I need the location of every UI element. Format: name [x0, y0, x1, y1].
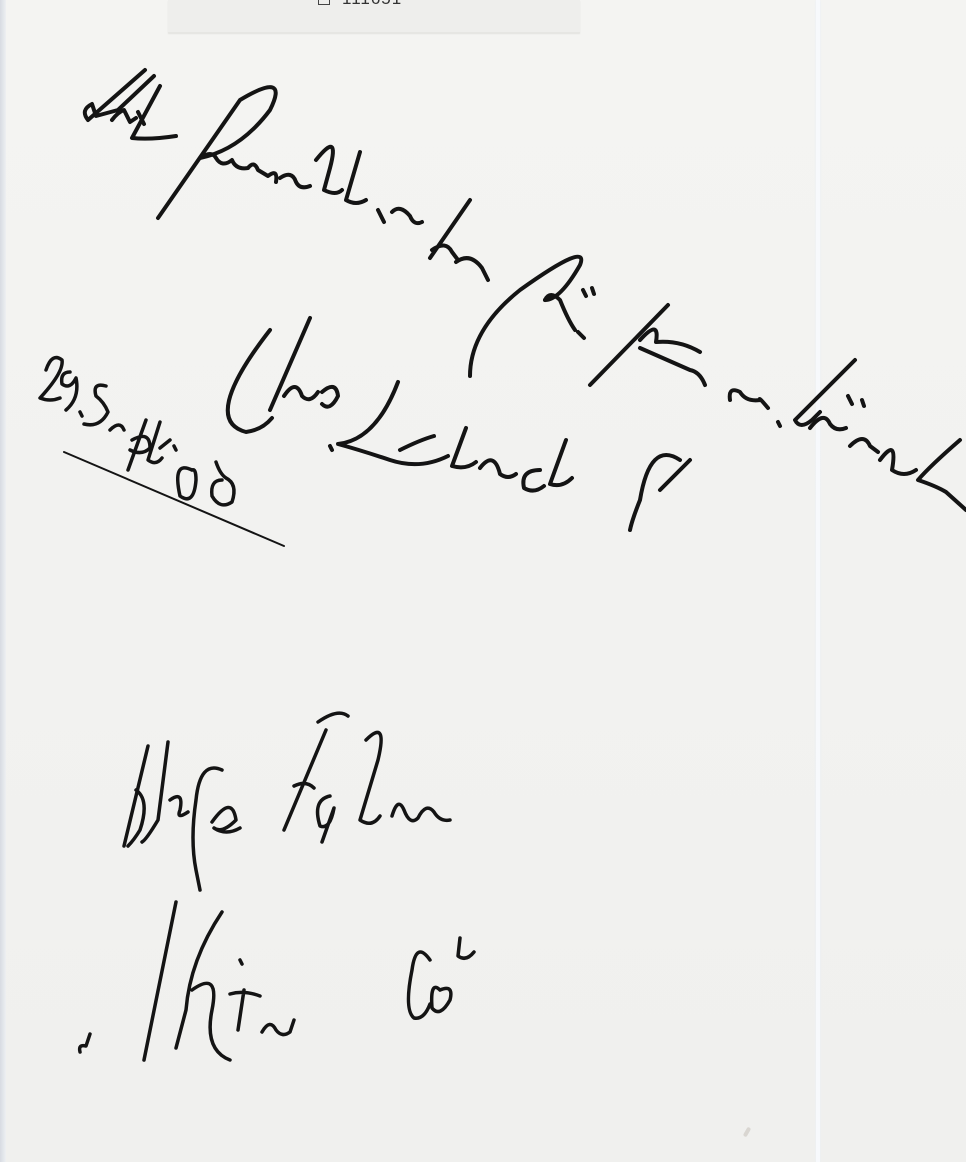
- autograph-card: 111651: [0, 0, 966, 1162]
- handwriting-ink: [0, 0, 966, 1162]
- note-defa-film-strokes: [124, 713, 450, 890]
- greeting-freundlichen-strokes: [158, 87, 488, 280]
- greeting-wuenschen-strokes: [730, 360, 966, 510]
- note-kit-u-co-strokes: [80, 902, 474, 1060]
- signature-strokes: [228, 318, 690, 530]
- greeting-mit-strokes: [85, 70, 176, 139]
- date-strokes: [40, 358, 284, 546]
- greeting-gruessen-strokes: [470, 257, 705, 385]
